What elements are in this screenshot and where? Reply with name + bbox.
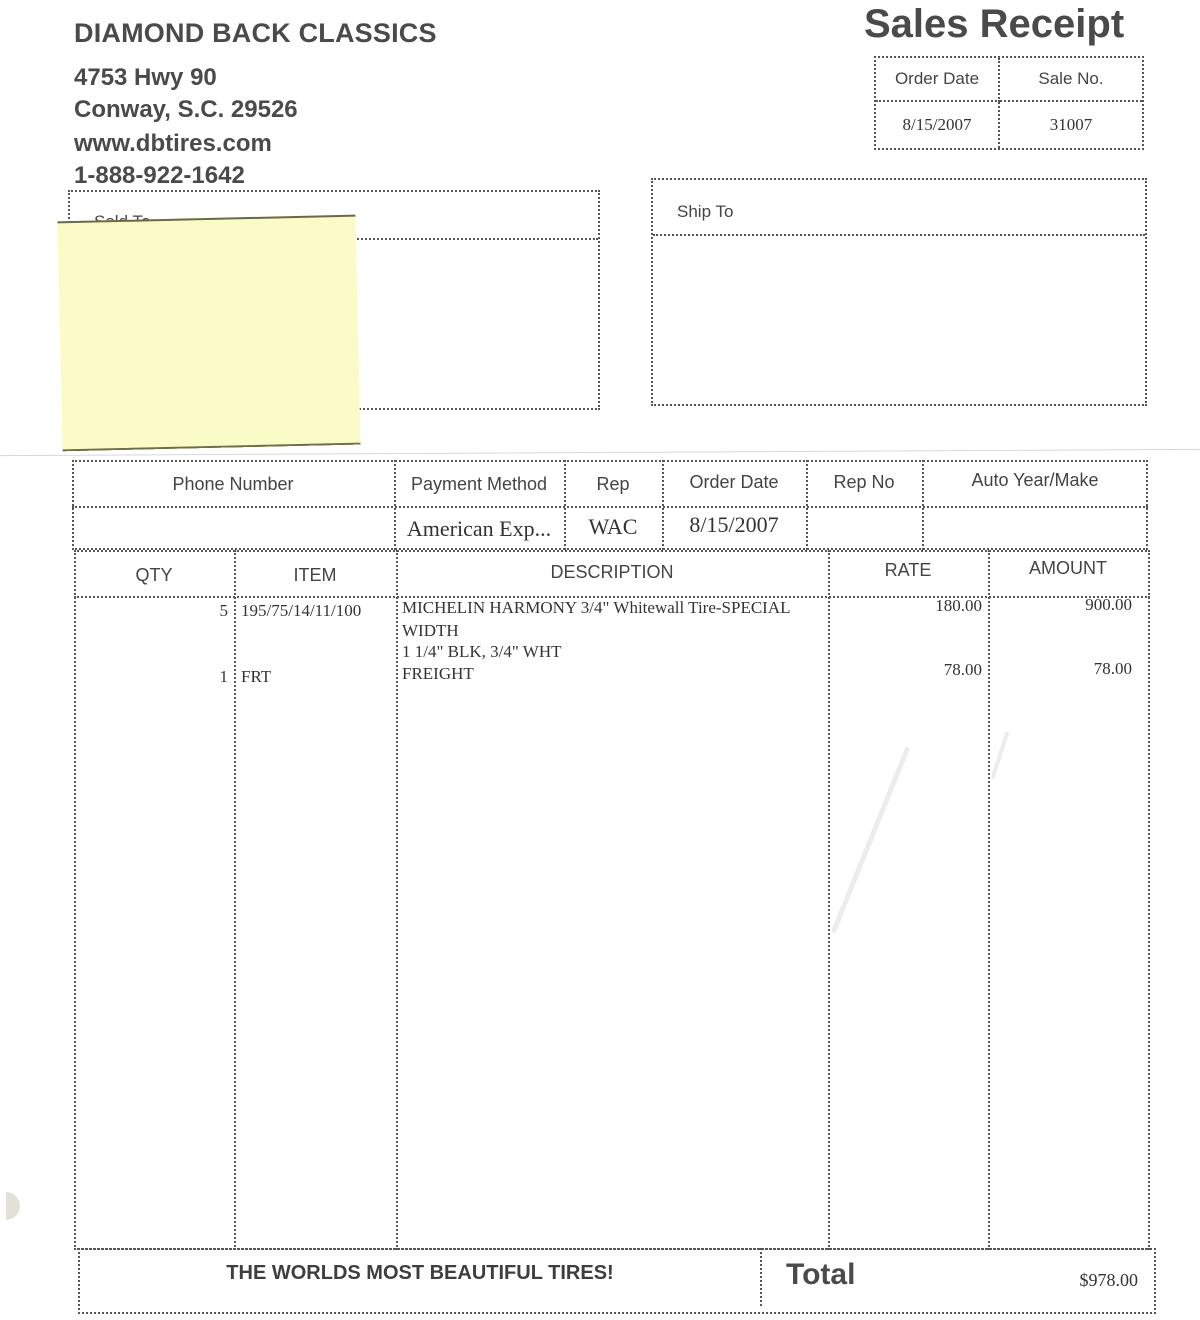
phone-number-header: Phone Number [72,462,394,506]
company-address-line1: 4753 Hwy 90 [74,64,217,92]
row2-qty: 1 [150,666,228,688]
qty-header: QTY [74,553,234,597]
rep-no-header: Rep No [806,460,922,504]
row2-amount: 78.00 [1030,658,1132,680]
row1-description-line1: MICHELIN HARMONY 3/4" Whitewall Tire-SPE… [402,597,791,619]
ship-to-box: Ship To [651,178,1147,406]
ship-to-label: Ship To [677,202,733,222]
rep-value: WAC [564,506,662,548]
amount-header: AMOUNT [988,546,1148,590]
company-address-line2: Conway, S.C. 29526 [74,96,298,124]
auto-year-make-header: Auto Year/Make [922,458,1148,502]
hole-punch-mark [6,1192,20,1220]
row1-rate: 180.00 [880,595,982,617]
phone-number-value [72,508,394,550]
sticky-note [57,215,360,452]
sale-no-label: Sale No. [1038,69,1103,89]
row1-item: 195/75/14/11/100 [241,600,361,622]
total-value: $978.00 [1020,1270,1138,1291]
rate-header: RATE [828,548,988,592]
row2-rate: 78.00 [880,659,982,681]
row2-description: FREIGHT [402,663,474,685]
sale-no-value: 31007 [1050,115,1093,135]
slogan: THE WORLDS MOST BEAUTIFUL TIRES! [80,1262,760,1285]
company-phone: 1-888-922-1642 [74,162,245,190]
payment-method-header: Payment Method [394,462,564,506]
company-website: www.dbtires.com [74,130,272,158]
row1-qty: 5 [150,600,228,622]
document-title: Sales Receipt [864,2,1124,47]
order-date-label: Order Date [895,69,979,89]
payment-method-value: American Exp... [394,508,564,550]
order-info-box: Order Date Sale No. 8/15/2007 31007 [874,56,1144,150]
order-date-value: 8/15/2007 [903,115,972,135]
order-date-value-row: 8/15/2007 [662,504,806,546]
company-name: DIAMOND BACK CLASSICS [74,18,437,49]
paper-fold-line [0,449,1200,456]
total-label: Total [786,1258,855,1292]
row2-item: FRT [241,666,271,688]
item-header: ITEM [234,553,396,597]
auto-year-make-value [922,502,1148,544]
row1-amount: 900.00 [1030,594,1132,616]
description-header: DESCRIPTION [396,550,828,594]
rep-header: Rep [564,462,662,506]
rep-no-value [806,504,922,546]
row1-description-line2: WIDTH [402,620,459,642]
row1-description-line3: 1 1/4" BLK, 3/4" WHT [402,641,561,663]
order-date-header: Order Date [662,460,806,504]
